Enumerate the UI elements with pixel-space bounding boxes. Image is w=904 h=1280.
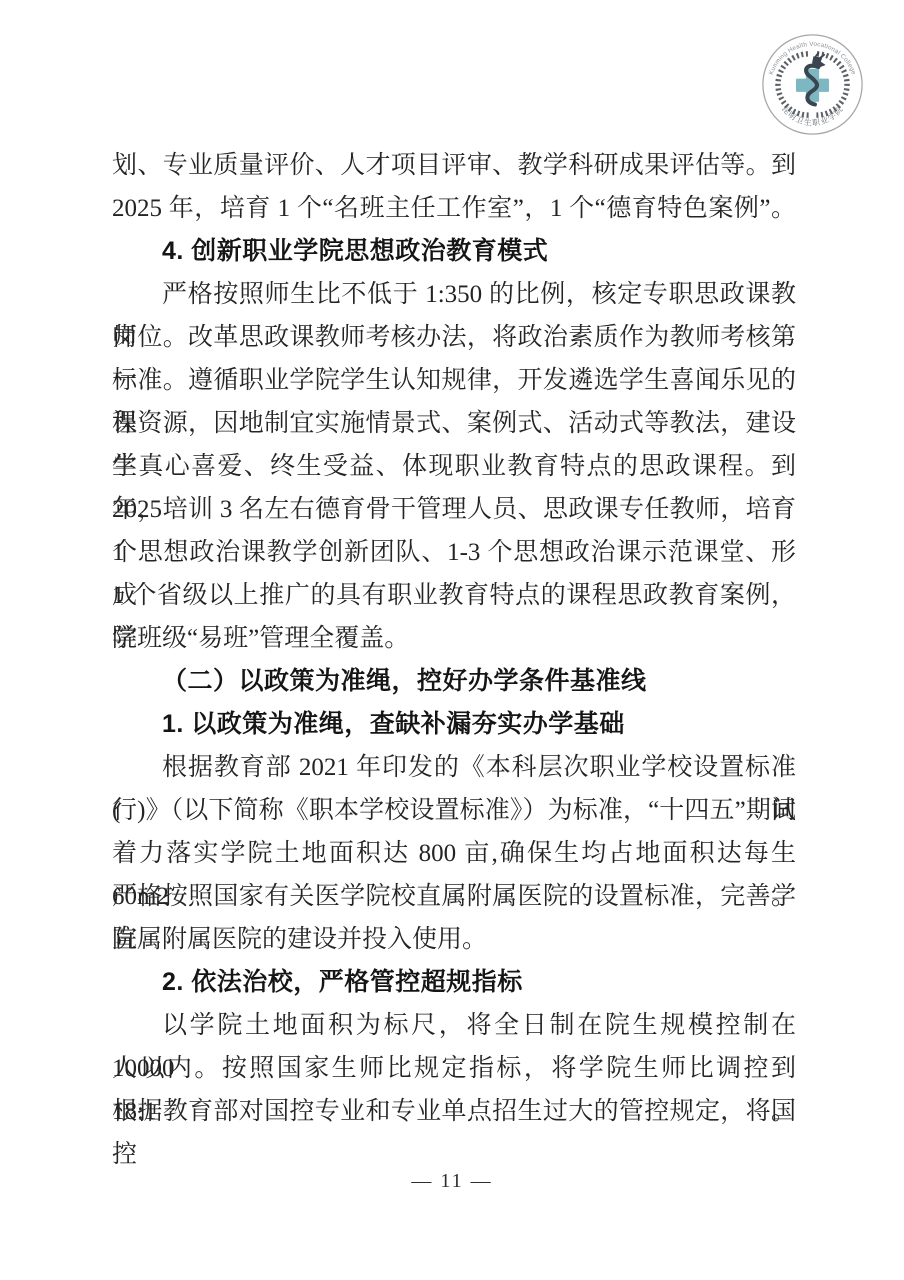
text-line: 根据教育部 2021 年印发的《本科层次职业学校设置标准(试 xyxy=(112,746,796,789)
text-line: 以学院土地面积为标尺，将全日制在院生规模控制在 10000 xyxy=(112,1004,796,1047)
text-line: （二）以政策为准绳，控好办学条件基准线 xyxy=(112,660,796,703)
text-line: 严格按照师生比不低于 1:350 的比例，核定专职思政课教师 xyxy=(112,273,796,316)
text-line: 2025 年，培育 1 个“名班主任工作室”，1 个“德育特色案例”。 xyxy=(112,187,796,230)
text-line: 4. 创新职业学院思想政治教育模式 xyxy=(112,230,796,273)
document-page: Kunming Health Vocational College 昆明卫生职业… xyxy=(0,0,904,1280)
text-line: 1. 以政策为准绳，查缺补漏夯实办学基础 xyxy=(112,703,796,746)
text-line: 生真心喜爱、终生受益、体现职业教育特点的思政课程。到 2025 xyxy=(112,445,796,488)
text-line: 岗位。改革思政课教师考核办法，将政治素质作为教师考核第一 xyxy=(112,316,796,359)
text-line: 严格按照国家有关医学院校直属附属医院的设置标准，完善学院 xyxy=(112,875,796,918)
page-number: — 11 — xyxy=(0,1170,904,1193)
college-seal-svg: Kunming Health Vocational College 昆明卫生职业… xyxy=(759,31,866,138)
text-line: 2. 依法治校，严格管控超规指标 xyxy=(112,961,796,1004)
text-line: 年，培训 3 名左右德育骨干管理人员、思政课专任教师，培育 1 xyxy=(112,488,796,531)
text-line: 个思想政治课教学创新团队、1-3 个思想政治课示范课堂、形成 xyxy=(112,531,796,574)
text-line: 程资源，因地制宜实施情景式、案例式、活动式等教法，建设学 xyxy=(112,402,796,445)
text-line: 1 个省级以上推广的具有职业教育特点的课程思政教育案例，学 xyxy=(112,574,796,617)
text-line: 根据教育部对国控专业和专业单点招生过大的管控规定，将国控 xyxy=(112,1090,796,1133)
text-line: 行)》（以下简称《职本学校设置标准》）为标准，“十四五”期间 xyxy=(112,789,796,832)
text-line: 人以内。按照国家生师比规定指标，将学院生师比调控到 18:1。 xyxy=(112,1047,796,1090)
text-line: 直属附属医院的建设并投入使用。 xyxy=(112,918,796,961)
college-seal-logo: Kunming Health Vocational College 昆明卫生职业… xyxy=(759,31,866,138)
text-line: 院班级“易班”管理全覆盖。 xyxy=(112,617,796,660)
text-line: 标准。遵循职业学院学生认知规律，开发遴选学生喜闻乐见的课 xyxy=(112,359,796,402)
document-body: 划、专业质量评价、人才项目评审、教学科研成果评估等。到2025 年，培育 1 个… xyxy=(112,144,796,1133)
text-line: 划、专业质量评价、人才项目评审、教学科研成果评估等。到 xyxy=(112,144,796,187)
text-line: 着力落实学院土地面积达 800 亩,确保生均占地面积达每生 60m2。 xyxy=(112,832,796,875)
